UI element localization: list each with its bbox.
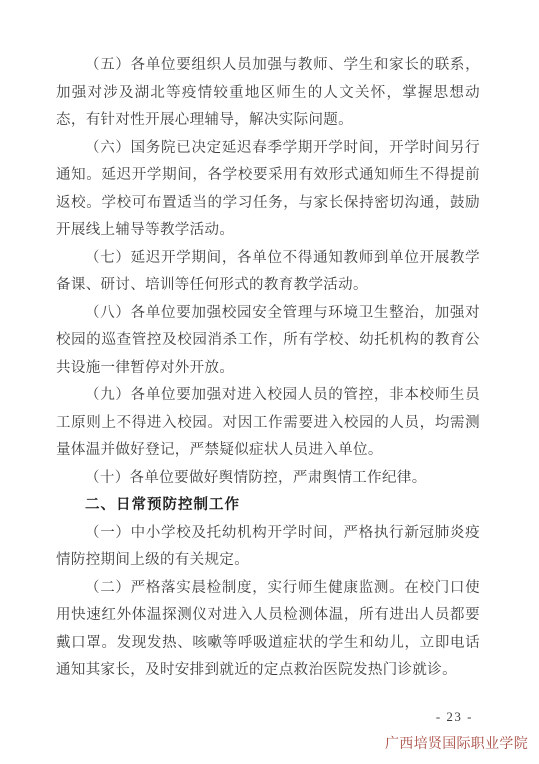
- paragraph-item-9: （九）各单位要加强对进入校园人员的管控，非本校师生员工原则上不得进入校园。对因工…: [56, 382, 480, 465]
- paragraph-item-5: （五）各单位要组织人员加强与教师、学生和家长的联系，加强对涉及湖北等疫情较重地区…: [56, 52, 480, 135]
- document-body: （五）各单位要组织人员加强与教师、学生和家长的联系，加强对涉及湖北等疫情较重地区…: [56, 52, 480, 685]
- school-name-footer: 广西培贤国际职业学院: [385, 735, 528, 755]
- page-number: - 23 -: [436, 708, 473, 726]
- paragraph-item-1: （一）中小学校及托幼机构开学时间，严格执行新冠肺炎疫情防控期间上级的有关规定。: [56, 520, 480, 575]
- section-heading-daily-prevention: 二、日常预防控制工作: [56, 492, 480, 520]
- paragraph-item-8: （八）各单位要加强校园安全管理与环境卫生整治，加强对校园的巡查管控及校园消杀工作…: [56, 300, 480, 383]
- paragraph-item-2: （二）严格落实晨检制度，实行师生健康监测。在校门口使用快速红外体温探测仪对进入人…: [56, 575, 480, 685]
- document-page: （五）各单位要组织人员加强与教师、学生和家长的联系，加强对涉及湖北等疫情较重地区…: [0, 0, 539, 764]
- paragraph-item-10: （十）各单位要做好舆情防控，严肃舆情工作纪律。: [56, 465, 480, 493]
- paragraph-item-7: （七）延迟开学期间，各单位不得通知教师到单位开展教学备课、研讨、培训等任何形式的…: [56, 245, 480, 300]
- paragraph-item-6: （六）国务院已决定延迟春季学期开学时间，开学时间另行通知。延迟开学期间，各学校要…: [56, 135, 480, 245]
